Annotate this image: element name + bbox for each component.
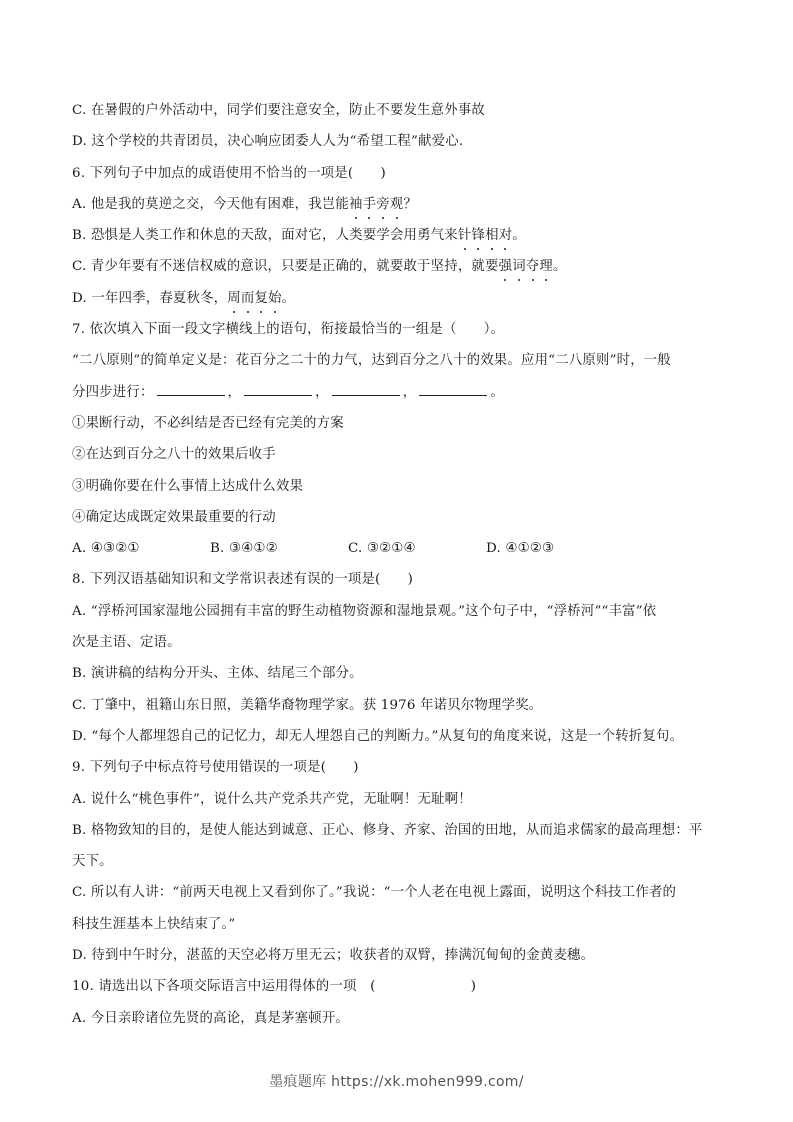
q7-item-1: ①果断行动，不必纠结是否已经有完美的方案 (72, 413, 724, 444)
q6-option-c: C. 青少年要有不迷信权威的意识，只要是正确的，就要敢于坚持，就要强词夺理。 (72, 256, 724, 287)
q7-item-4: ④确定达成既定效果最重要的行动 (72, 507, 724, 538)
question-8-stem: 8. 下列汉语基础知识和文学常识表述有误的一项是( ) (72, 569, 724, 600)
q9-option-c-line-1: C. 所以有人讲：“前两天电视上又看到你了。”我说：“一个人老在电视上露面，说明… (72, 882, 724, 913)
q10-option-a: A. 今日亲聆诸位先贤的高论，真是茅塞顿开。 (72, 1008, 724, 1039)
q6-option-b: B. 恐惧是人类工作和休息的天敌，面对它，人类要学会用勇气来针锋相对。 (72, 225, 724, 256)
watermark-footer: 墨痕题库 https://xk.mohen999.com/ (0, 1071, 793, 1091)
q7-passage-text: 分四步进行： (72, 385, 154, 400)
fill-blank-3 (332, 382, 400, 396)
q7-option-c: C. ③②①④ (348, 538, 486, 569)
emphasized-idiom: 周而复始 (227, 291, 281, 306)
q9-option-b-line-1: B. 格物致知的目的，是使人能达到诚意、正心、修身、齐家、治国的田地，从而追求儒… (72, 820, 724, 851)
q8-option-d: D. “每个人都埋怨自己的记忆力，却无人埋怨自己的判断力。”从复句的角度来说，这… (72, 726, 724, 757)
q7-option-a: A. ④③②① (72, 538, 210, 569)
q8-option-c: C. 丁肇中，祖籍山东日照，美籍华裔物理学家。获 1976 年诺贝尔物理学奖。 (72, 695, 724, 726)
q7-options: A. ④③②① B. ③④①② C. ③②①④ D. ④①②③ (72, 538, 724, 569)
fill-blank-1 (157, 382, 225, 396)
question-7-stem: 7. 依次填入下面一段文字横线上的语句，衔接最恰当的一组是（ ）。 (72, 319, 724, 350)
question-6-stem: 6. 下列句子中加点的成语使用不恰当的一项是( ) (72, 163, 724, 194)
q7-item-2: ②在达到百分之八十的效果后收手 (72, 444, 724, 475)
emphasized-idiom: 针锋相对 (458, 228, 512, 243)
q8-option-a-line-2: 次是主语、定语。 (72, 632, 724, 663)
q7-passage-line-2: 分四步进行：，，，。 (72, 382, 724, 413)
q9-option-c-line-2: 科技生涯基本上快结束了。” (72, 914, 724, 945)
q6b-text: B. 恐惧是人类工作和休息的天敌，面对它，人类要学会用勇气来 (72, 228, 458, 243)
q7-item-3: ③明确你要在什么事情上达成什么效果 (72, 476, 724, 507)
fill-blank-4 (419, 382, 487, 396)
q9-option-b-line-2: 天下。 (72, 851, 724, 882)
question-9-stem: 9. 下列句子中标点符号使用错误的一项是( ) (72, 757, 724, 788)
emphasized-idiom: 袖手旁观 (349, 197, 403, 212)
q5-option-d: D. 这个学校的共青团员，决心响应团委人人为“希望工程”献爱心. (72, 131, 724, 162)
q6-option-a: A. 他是我的莫逆之交，今天他有困难，我岂能袖手旁观？ (72, 194, 724, 225)
q8-option-b: B. 演讲稿的结构分开头、主体、结尾三个部分。 (72, 663, 724, 694)
q6c-text: C. 青少年要有不迷信权威的意识，只要是正确的，就要敢于坚持，就要 (72, 259, 499, 274)
fill-blank-2 (244, 382, 312, 396)
q5-option-c: C. 在暑假的户外活动中，同学们要注意安全，防止不要发生意外事故 (72, 100, 724, 131)
q6a-text: A. 他是我的莫逆之交，今天他有困难，我岂能 (72, 197, 349, 212)
q7-option-d: D. ④①②③ (486, 538, 624, 569)
q9-option-d: D. 待到中午时分，湛蓝的天空必将万里无云；收获者的双臂，捧满沉甸甸的金黄麦穗。 (72, 945, 724, 976)
emphasized-idiom: 强词夺理 (499, 259, 553, 274)
q6d-text: D. 一年四季，春夏秋冬， (72, 291, 227, 306)
document-page: C. 在暑假的户外活动中，同学们要注意安全，防止不要发生意外事故 D. 这个学校… (72, 100, 724, 1039)
question-10-stem: 10. 请选出以下各项交际语言中运用得体的一项 ( ) (72, 976, 724, 1007)
q8-option-a-line-1: A. “浮桥河国家湿地公园拥有丰富的野生动植物资源和湿地景观。”这个句子中，“浮… (72, 601, 724, 632)
q7-option-b: B. ③④①② (210, 538, 348, 569)
q9-option-a: A. 说什么“桃色事件”，说什么共产党杀共产党，无耻啊！无耻啊！ (72, 789, 724, 820)
q6-option-d: D. 一年四季，春夏秋冬，周而复始。 (72, 288, 724, 319)
q7-passage-line-1: “二八原则”的简单定义是：花百分之二十的力气，达到百分之八十的效果。应用“二八原… (72, 350, 724, 381)
